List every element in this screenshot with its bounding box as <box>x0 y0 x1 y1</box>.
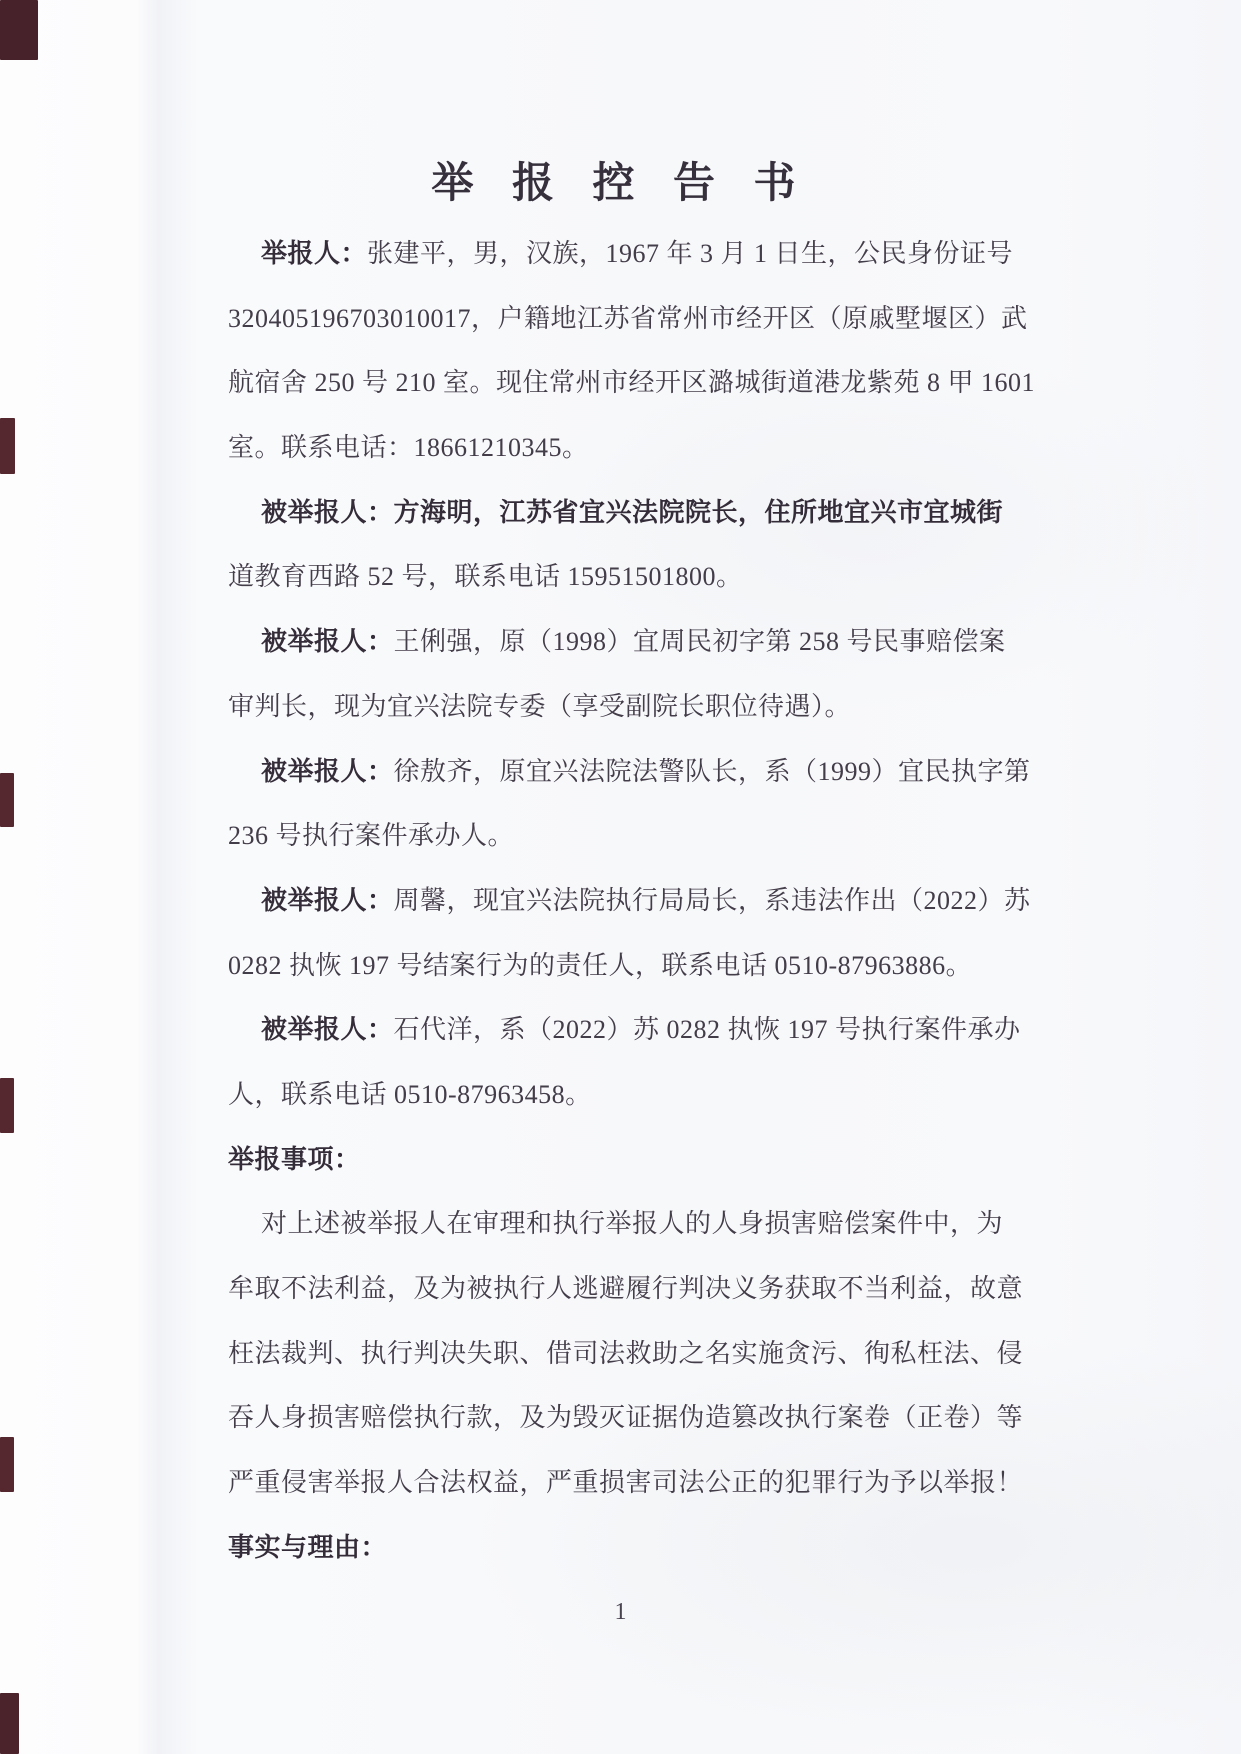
line-text: 枉法裁判、执行判决失职、借司法救助之名实施贪污、徇私枉法、侵 <box>228 1339 1023 1368</box>
line-accused-4: 被举报人：周馨，现宜兴法院执行局局长，系违法作出（2022）苏 <box>228 869 1020 934</box>
line-text: 牟取不法利益，及为被执行人逃避履行判决义务获取不当利益，故意 <box>228 1274 1023 1303</box>
line-text: 航宿舍 250 号 210 室。现住常州市经开区潞城街道港龙紫苑 8 甲 160… <box>228 368 1035 397</box>
line-text: 人，联系电话 0510-87963458。 <box>228 1080 592 1109</box>
line-reporter: 举报人：张建平，男，汉族，1967 年 3 月 1 日生，公民身份证号 <box>228 222 1020 287</box>
line-text: 徐敖齐，原宜兴法院法警队长，系（1999）宜民执字第 <box>394 757 1031 786</box>
line-text: 320405196703010017，户籍地江苏省常州市经开区（原戚墅堰区）武 <box>228 304 1028 333</box>
line-label: 被举报人：方海明，江苏省宜兴法院院长，住所地宜兴市宜城街 <box>261 498 1003 527</box>
binding-mark <box>0 418 15 474</box>
heading-label: 事实与理由： <box>228 1533 387 1562</box>
line-text: 审判长，现为宜兴法院专委（享受副院长职位待遇）。 <box>228 692 851 721</box>
heading-facts-reasons: 事实与理由： <box>228 1516 1020 1581</box>
line-report-body: 吞人身损害赔偿执行款，及为毁灭证据伪造篡改执行案卷（正卷）等 <box>228 1386 1020 1451</box>
line-label: 举报人： <box>261 239 367 268</box>
line-text: 对上述被举报人在审理和执行举报人的人身损害赔偿案件中，为 <box>261 1209 1003 1238</box>
line-text: 吞人身损害赔偿执行款，及为毁灭证据伪造篡改执行案卷（正卷）等 <box>228 1403 1023 1432</box>
line-accused-5-cont: 人，联系电话 0510-87963458。 <box>228 1063 1020 1128</box>
binding-mark <box>0 773 14 827</box>
line-text: 严重侵害举报人合法权益，严重损害司法公正的犯罪行为予以举报！ <box>228 1468 1023 1497</box>
line-label: 被举报人： <box>261 1015 394 1044</box>
line-text: 室。联系电话：18661210345。 <box>228 433 589 462</box>
line-accused-1-cont: 道教育西路 52 号，联系电话 15951501800。 <box>228 545 1020 610</box>
line-accused-5: 被举报人：石代洋，系（2022）苏 0282 执恢 197 号执行案件承办 <box>228 998 1020 1063</box>
line-report-body: 枉法裁判、执行判决失职、借司法救助之名实施贪污、徇私枉法、侵 <box>228 1322 1020 1387</box>
heading-label: 举报事项： <box>228 1145 361 1174</box>
line-reporter-cont: 航宿舍 250 号 210 室。现住常州市经开区潞城街道港龙紫苑 8 甲 160… <box>228 351 1020 416</box>
line-text: 石代洋，系（2022）苏 0282 执恢 197 号执行案件承办 <box>394 1015 1021 1044</box>
line-accused-3: 被举报人：徐敖齐，原宜兴法院法警队长，系（1999）宜民执字第 <box>228 740 1020 805</box>
line-accused-1: 被举报人：方海明，江苏省宜兴法院院长，住所地宜兴市宜城街 <box>228 481 1020 546</box>
heading-report-items: 举报事项： <box>228 1128 1020 1193</box>
line-text: 张建平，男，汉族，1967 年 3 月 1 日生，公民身份证号 <box>367 239 1013 268</box>
line-accused-4-cont: 0282 执恢 197 号结案行为的责任人，联系电话 0510-87963886… <box>228 934 1020 999</box>
line-text: 236 号执行案件承办人。 <box>228 821 514 850</box>
line-reporter-cont: 室。联系电话：18661210345。 <box>228 416 1020 481</box>
line-text: 道教育西路 52 号，联系电话 15951501800。 <box>228 562 743 591</box>
line-report-body: 对上述被举报人在审理和执行举报人的人身损害赔偿案件中，为 <box>228 1192 1020 1257</box>
line-reporter-cont: 320405196703010017，户籍地江苏省常州市经开区（原戚墅堰区）武 <box>228 287 1020 352</box>
line-text: 0282 执恢 197 号结案行为的责任人，联系电话 0510-87963886… <box>228 951 972 980</box>
scanned-document-page: 举 报 控 告 书 举报人：张建平，男，汉族，1967 年 3 月 1 日生，公… <box>0 0 1241 1754</box>
document-title: 举 报 控 告 书 <box>0 150 1241 218</box>
binding-mark <box>0 1437 14 1492</box>
line-accused-2: 被举报人：王俐强，原（1998）宜周民初字第 258 号民事赔偿案 <box>228 610 1020 675</box>
binding-mark <box>0 0 38 60</box>
line-accused-3-cont: 236 号执行案件承办人。 <box>228 804 1020 869</box>
line-label: 被举报人： <box>261 886 394 915</box>
line-label: 被举报人： <box>261 627 394 656</box>
binding-mark <box>0 1693 19 1754</box>
binding-mark <box>0 1078 14 1133</box>
page-number: 1 <box>0 1594 1241 1630</box>
line-report-body: 牟取不法利益，及为被执行人逃避履行判决义务获取不当利益，故意 <box>228 1257 1020 1322</box>
line-report-body: 严重侵害举报人合法权益，严重损害司法公正的犯罪行为予以举报！ <box>228 1451 1020 1516</box>
line-label: 被举报人： <box>261 757 394 786</box>
line-text: 周馨，现宜兴法院执行局局长，系违法作出（2022）苏 <box>394 886 1031 915</box>
line-text: 王俐强，原（1998）宜周民初字第 258 号民事赔偿案 <box>394 627 1006 656</box>
document-body: 举报人：张建平，男，汉族，1967 年 3 月 1 日生，公民身份证号 3204… <box>228 222 1020 1580</box>
line-accused-2-cont: 审判长，现为宜兴法院专委（享受副院长职位待遇）。 <box>228 675 1020 740</box>
